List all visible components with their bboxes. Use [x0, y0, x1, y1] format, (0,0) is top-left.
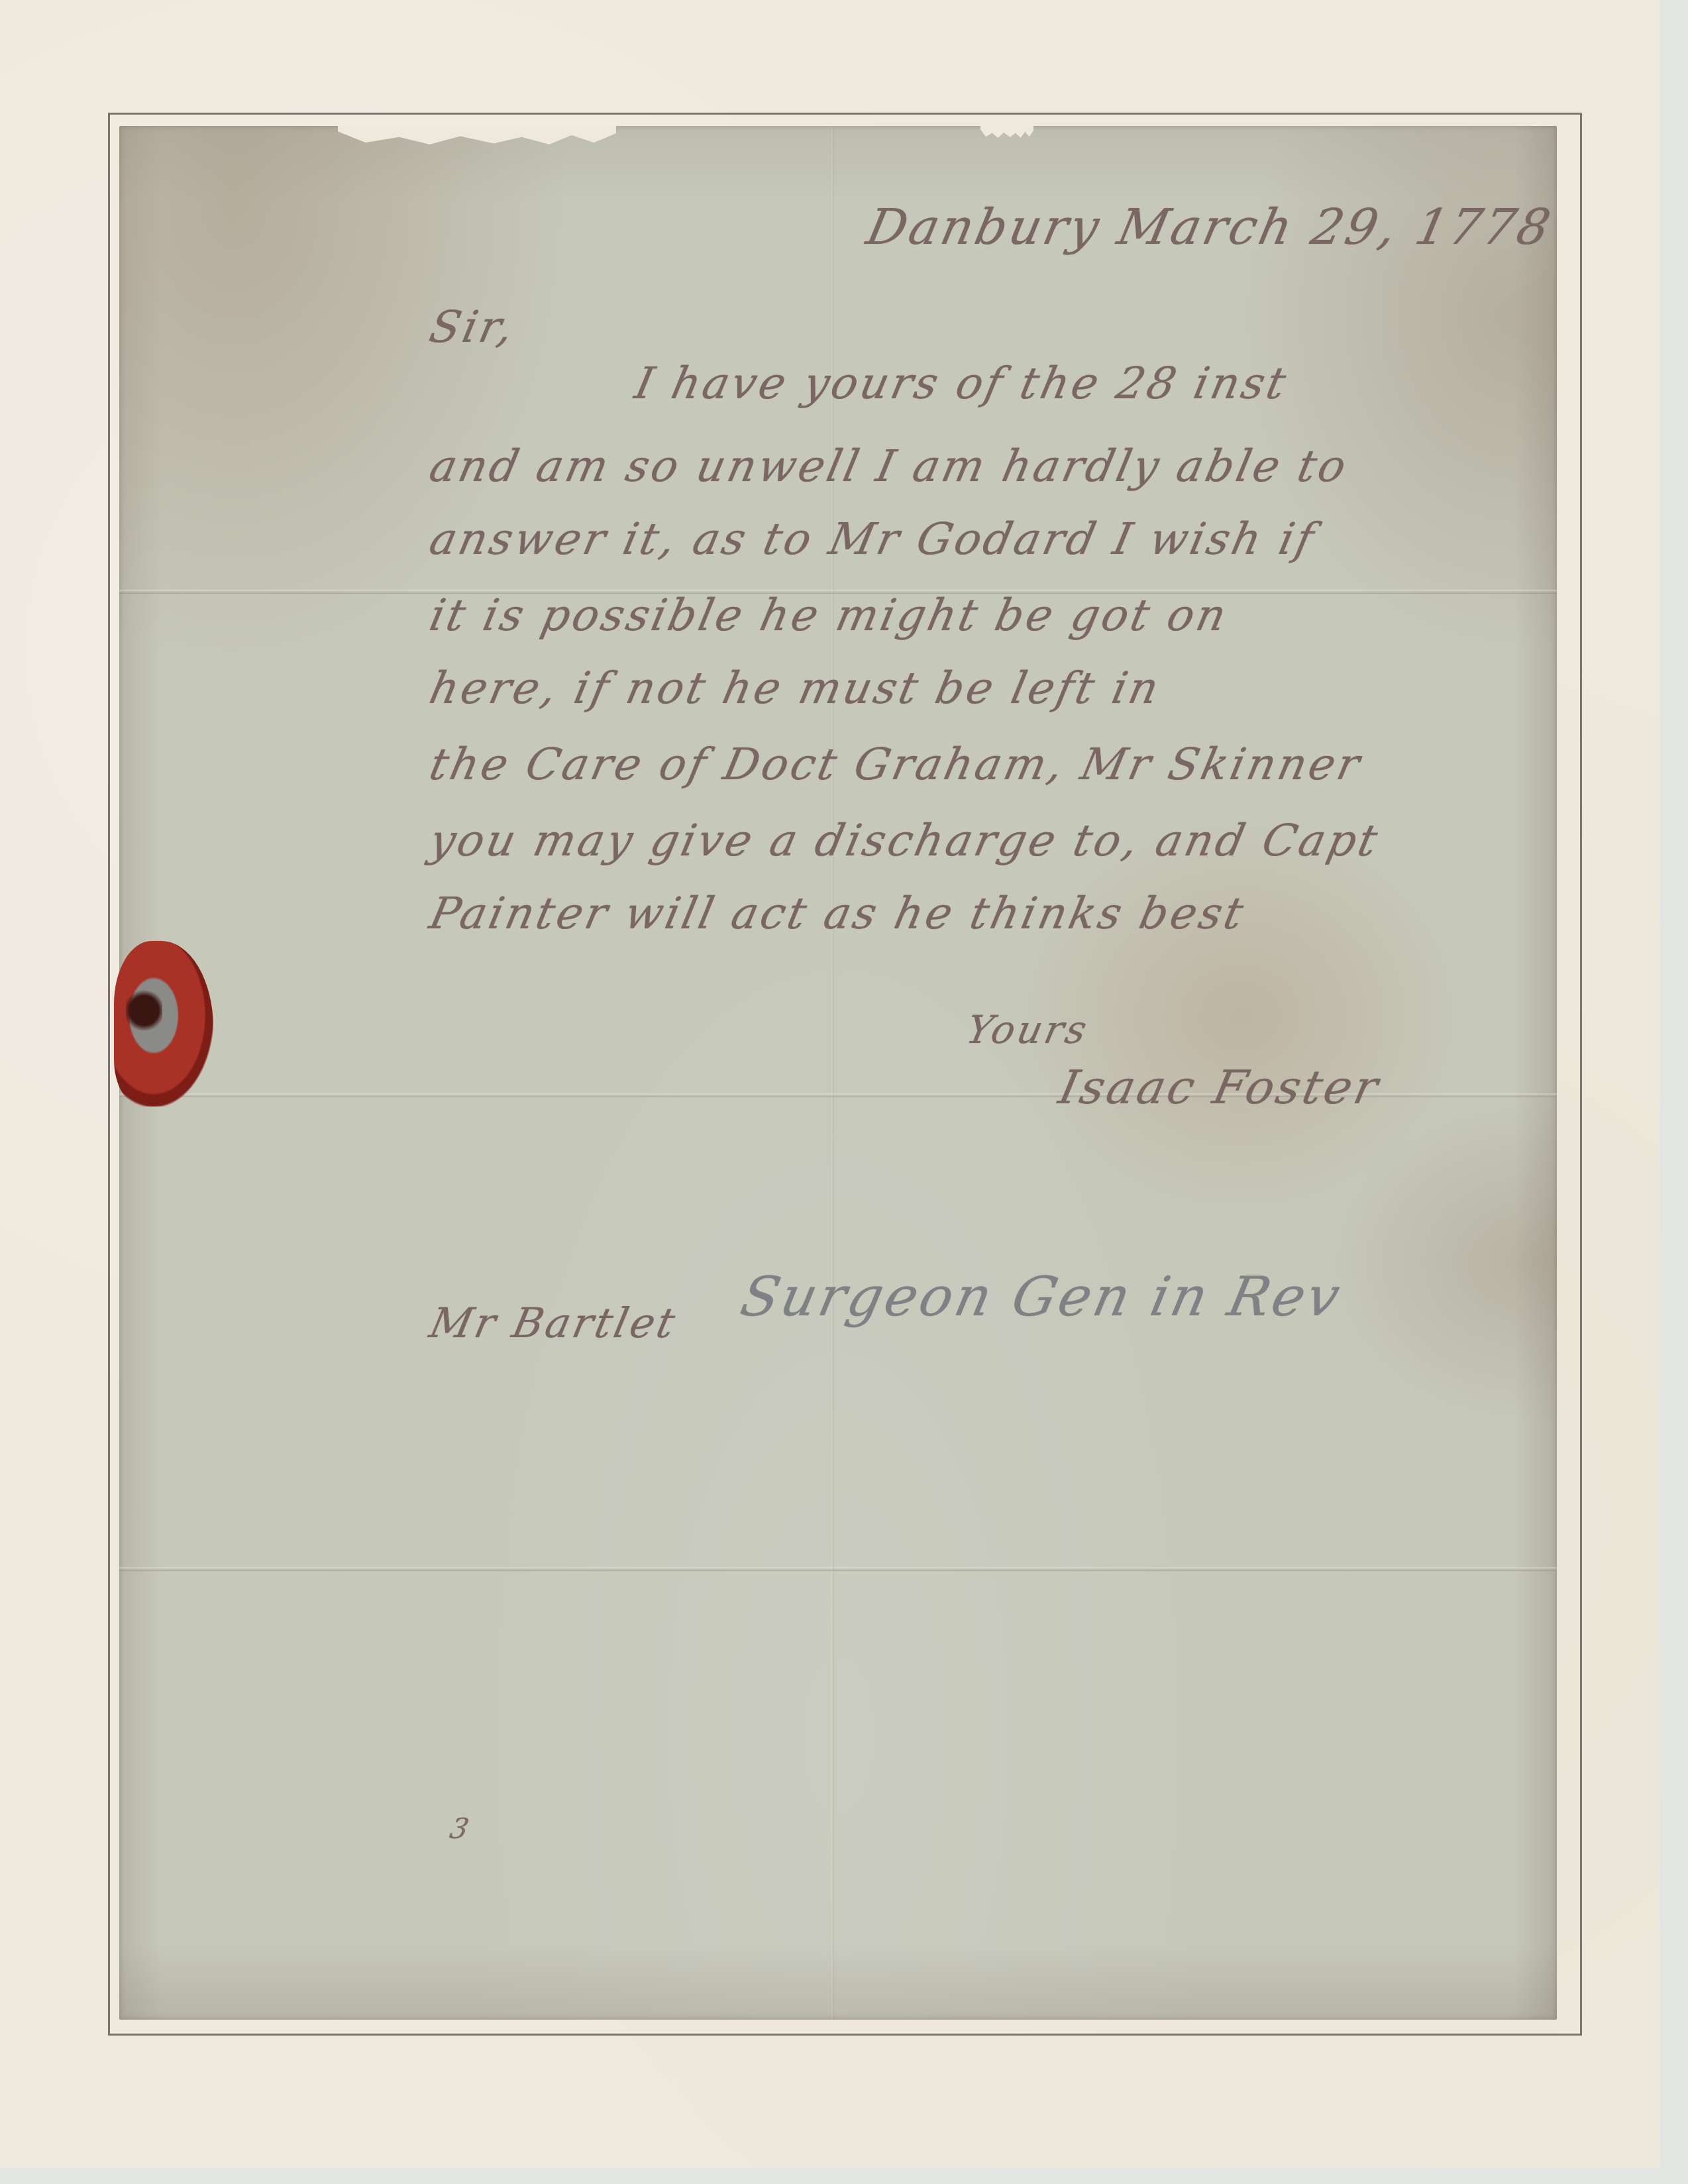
body-line-8: Painter will act as he thinks best	[425, 888, 1250, 939]
body-line-3: answer it, as to Mr Godard I wish if	[425, 514, 1321, 565]
torn-edge	[980, 126, 1033, 138]
body-line-7: you may give a discharge to, and Capt	[425, 815, 1385, 866]
addressee-pencil-note: Surgeon Gen in Rev	[735, 1266, 1347, 1329]
addressee-ink: Mr Bartlet	[425, 1299, 682, 1347]
body-line-5: here, if not he must be left in	[425, 663, 1166, 714]
wax-seal-dark-spot	[126, 987, 162, 1034]
salutation: Sir,	[425, 301, 521, 353]
fold-line-vertical	[831, 126, 834, 2020]
place-date: Danbury March 29, 1778	[862, 199, 1558, 256]
body-line-4: it is possible he might be got on	[425, 590, 1234, 641]
body-line-6: the Care of Doct Graham, Mr Skinner	[425, 739, 1367, 790]
letter-page: Danbury March 29, 1778 Sir, I have yours…	[119, 126, 1557, 2020]
fold-line	[119, 1567, 1557, 1571]
body-line-1: I have yours of the 28 inst	[631, 358, 1293, 409]
torn-edge	[338, 126, 616, 144]
closing: Yours	[963, 1007, 1093, 1052]
signature: Isaac Foster	[1054, 1060, 1385, 1115]
body-line-2: and am so unwell I am hardly able to	[425, 441, 1353, 492]
page-number-mark: 3	[447, 1812, 474, 1845]
